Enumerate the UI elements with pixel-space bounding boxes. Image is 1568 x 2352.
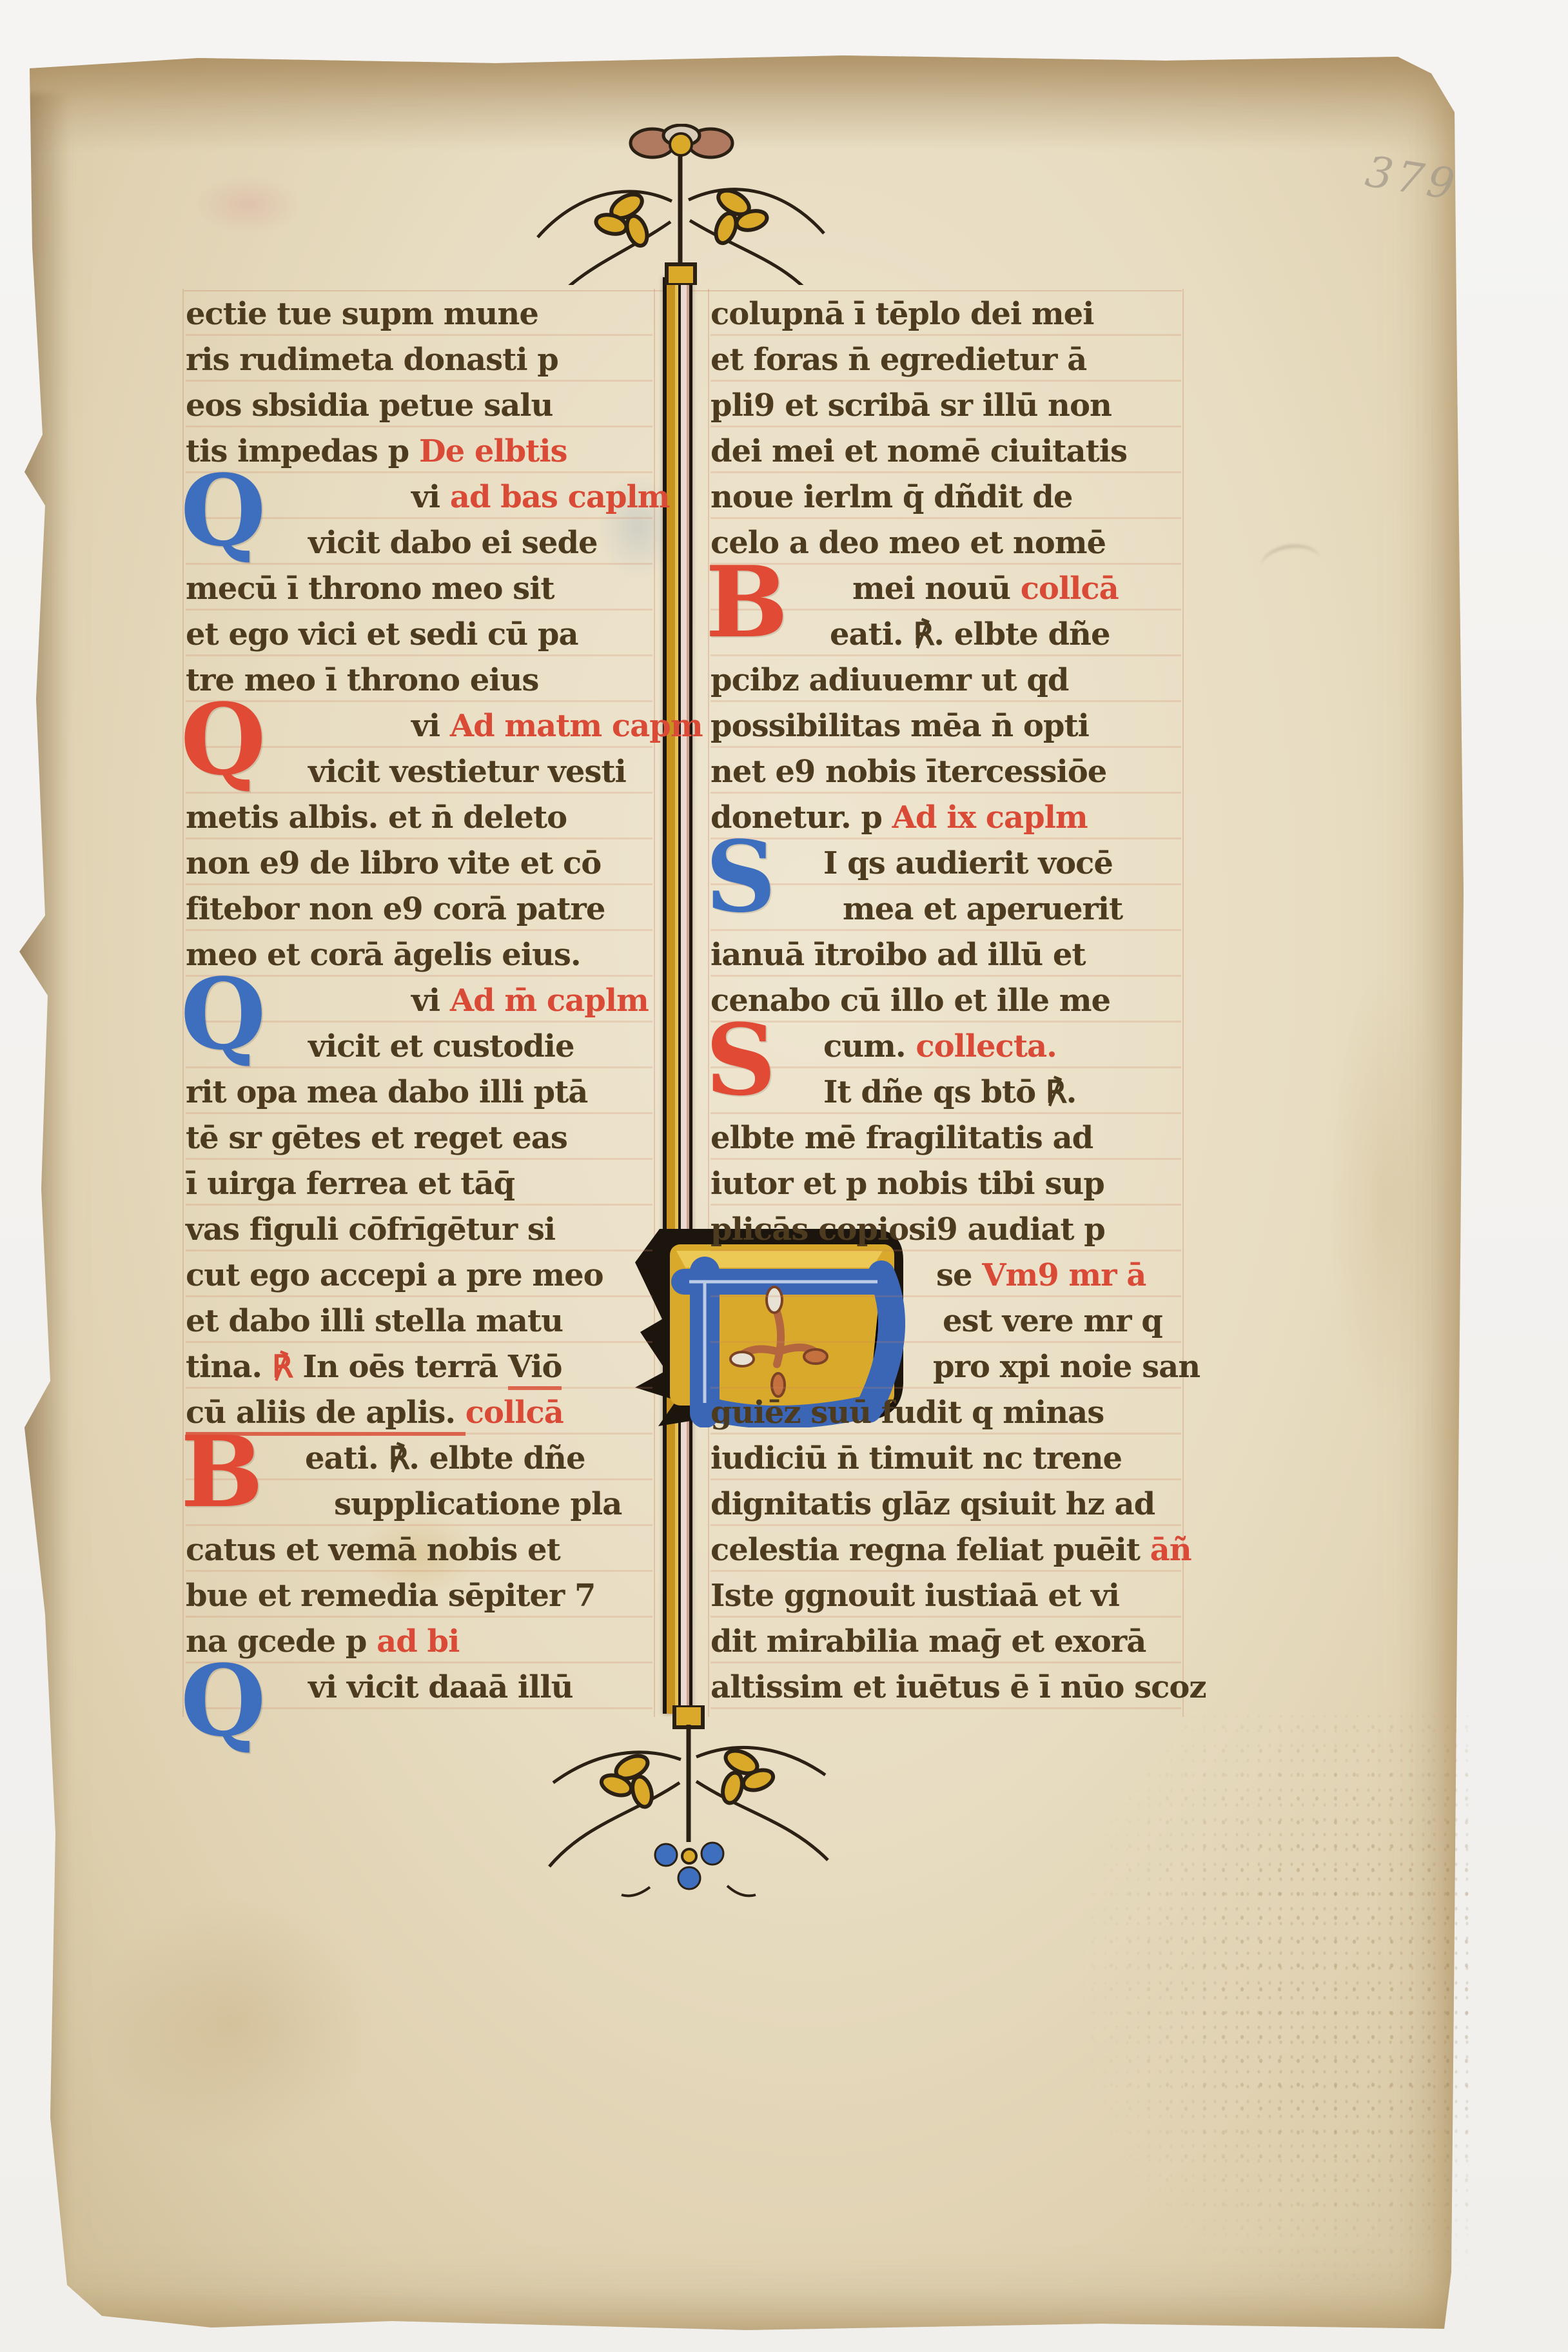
text-run: In oēs terrā [302,1349,507,1385]
text-line: eos sbsidia petue salu [186,383,652,429]
text-run: mea et aperuerit [843,891,1122,927]
text-line: pcibz adiuuemr ut qd [710,658,1181,703]
text-line: iutor et p nobis tibi sup [710,1161,1181,1207]
text-run: vicit vestietur vesti [308,754,626,790]
text-line: ī uirga ferrea et tāq̄ [186,1161,652,1207]
rubric-run: collecta. [916,1028,1056,1064]
gold-trefoil-right [720,1746,776,1805]
text-run: pro xpi noie san [933,1349,1200,1385]
text-line: dignitatis glāz qsiuit hz ad [710,1482,1181,1527]
text-run: mecū ī throno meo sit [186,571,554,607]
text-run: pli9 et scribā sr illū non [710,387,1112,424]
drop-cap-initial-Q: Q [181,969,265,1059]
text-line: et foras n̄ egredietur ā [710,337,1181,383]
drop-cap-initial-Q: Q [181,465,265,556]
text-line: est vere mr q [710,1298,1181,1344]
text-run: vas figuli cōfrīgētur si [186,1211,555,1248]
text-run: dignitatis glāz qsiuit hz ad [710,1486,1155,1522]
text-line: colupnā ī tēplo dei mei [710,291,1181,337]
text-run: iudiciū n̄ timuit nc trene [710,1440,1122,1476]
text-line: net e9 nobis ītercessiōe [710,749,1181,795]
drop-cap-initial-Q: Q [181,1656,265,1746]
rubric-run: ad bas caplm [450,479,670,515]
text-run: vi [411,479,450,515]
text-line: donetur. p Ad ix caplm [710,795,1181,841]
text-line: dit mirabilia maḡ et exorā [710,1619,1181,1665]
rubric-run: Ad ix caplm [892,799,1088,836]
text-run: non e9 de libro vite et cō [186,845,601,881]
text-line: tina. ℟ In oēs terrā Viō [186,1344,652,1390]
text-run: pcibz adiuuemr ut qd [710,662,1068,698]
text-line: ianuā ītroibo ad illū et [710,932,1181,978]
text-line: et dabo illi stella matu [186,1298,652,1344]
drop-cap-initial-S: S [705,1015,776,1105]
text-run: ī uirga ferrea et tāq̄ [186,1166,514,1202]
text-line: rit opa mea dabo illi ptā [186,1070,652,1115]
text-run: ris rudimeta donasti p [186,342,558,378]
rubric-run: Ad matm capm [450,708,703,744]
text-line: fitebor non e9 corā patre [186,887,652,932]
top-flower-finial [529,124,832,285]
text-run: vicit dabo ei sede [308,525,598,561]
text-line: iudiciū n̄ timuit nc trene [710,1436,1181,1482]
text-run: altissim et iuētus ē ī nūo scoz [710,1669,1206,1705]
text-run: est vere mr q [943,1303,1162,1339]
text-run: possibilitas mēa n̄ opti [710,708,1089,744]
text-run: cut ego accepi a pre meo [186,1257,603,1293]
ruling-line-vertical [1182,289,1184,1717]
left-text-column: ectie tue supm muneris rudimeta donasti … [186,291,652,1710]
text-line: elbte mē fragilitatis ad [710,1115,1181,1161]
text-run: supplicatione pla [334,1486,622,1522]
text-run: I qs audierit vocē [823,845,1113,881]
gold-trefoil-left [594,190,651,248]
blue-berry-cluster [655,1843,723,1889]
text-line: vas figuli cōfrīgētur si [186,1207,652,1253]
gold-trefoil-right [712,186,769,246]
text-line: It dñe qs btō ℟. [710,1070,1181,1115]
text-line: cenabo cū illo et ille me [710,978,1181,1024]
text-run: se [936,1257,982,1293]
text-run: eati. ℟. elbte dñe [830,616,1110,652]
text-line: catus et vemā nobis et [186,1527,652,1573]
bar-knob [667,264,695,285]
rubric-run: ℟ [272,1349,303,1385]
text-run: cum. [823,1028,916,1064]
text-line: possibilitas mēa n̄ opti [710,703,1181,749]
rubric-run: Vm9 mr ā [982,1257,1146,1293]
text-line: ris rudimeta donasti p [186,337,652,383]
text-run: catus et vemā nobis et [186,1532,560,1568]
drop-cap-initial-B: B [181,1427,262,1517]
text-line: pli9 et scribā sr illū non [710,383,1181,429]
text-run: tina. [186,1349,272,1385]
text-run: ectie tue supm mune [186,296,538,332]
rubric-run: collcā [1021,571,1119,607]
text-run: rit opa mea dabo illi ptā [186,1074,587,1110]
drop-cap-initial-S: S [705,832,776,922]
text-run: plicās copiosi9 audiat p [710,1211,1105,1248]
text-line: cut ego accepi a pre meo [186,1253,652,1298]
binding-gutter-edge [14,93,70,2298]
drop-cap-initial-Q: Q [181,694,265,785]
flower-head [631,125,732,157]
text-line: I qs audierit vocē [710,841,1181,887]
text-run: tē sr gētes et reget eas [186,1120,567,1156]
bar-knob [674,1705,703,1727]
rubric-run: Ad m̄ caplm [450,983,649,1019]
text-run: net e9 nobis ītercessiōe [710,754,1106,790]
rubric-run: āñ [1150,1532,1191,1568]
right-text-column: colupnā ī tēplo dei meiet foras n̄ egred… [710,291,1181,1710]
text-run: eati. ℟. elbte dñe [305,1440,585,1476]
text-run: guiēz suū fudit q minas [710,1395,1104,1431]
text-run: iutor et p nobis tibi sup [710,1166,1104,1202]
text-line: celestia regna feliat puēit āñ [710,1527,1181,1573]
text-line: altissim et iuētus ē ī nūo scoz [710,1665,1181,1710]
text-line: ectie tue supm mune [186,291,652,337]
text-run: vi vicit daaā illū [308,1669,573,1705]
text-run: vi [411,983,450,1019]
text-line: tē sr gētes et reget eas [186,1115,652,1161]
text-run: mei nouū [852,571,1021,607]
text-line: noue ierlm q̄ dñdit de [710,475,1181,520]
text-run: vi [411,708,450,744]
text-line: et ego vici et sedi cū pa [186,612,652,658]
text-run: It dñe qs btō ℟. [823,1074,1076,1110]
text-line: mea et aperuerit [710,887,1181,932]
text-line: se Vm9 mr ā [710,1253,1181,1298]
gold-trefoil-left [599,1751,655,1808]
text-run: noue ierlm q̄ dñdit de [710,479,1072,515]
text-line: plicās copiosi9 audiat p [710,1207,1181,1253]
text-run: Viō [508,1349,562,1390]
text-line: mecū ī throno meo sit [186,566,652,612]
text-line: bue et remedia sēpiter 7 [186,1573,652,1619]
text-run: fitebor non e9 corā patre [186,891,605,927]
text-run: et foras n̄ egredietur ā [710,342,1086,378]
text-run: ianuā ītroibo ad illū et [710,937,1086,973]
text-run: vicit et custodie [308,1028,574,1064]
text-run: elbte mē fragilitatis ad [710,1120,1093,1156]
text-run: dit mirabilia maḡ et exorā [710,1623,1146,1660]
bottom-flower-finial [534,1705,843,1905]
text-run: metis albis. et n̄ deleto [186,799,567,836]
text-line: cum. collecta. [710,1024,1181,1070]
text-run: colupnā ī tēplo dei mei [710,296,1093,332]
text-run: dei mei et nomē ciuitatis [710,433,1127,469]
text-line: guiēz suū fudit q minas [710,1390,1181,1436]
text-run: et dabo illi stella matu [186,1303,563,1339]
text-line: Iste ggnouit iustiaā et vi [710,1573,1181,1619]
text-line: non e9 de libro vite et cō [186,841,652,887]
drop-cap-initial-B: B [705,557,787,647]
text-line: metis albis. et n̄ deleto [186,795,652,841]
rubric-run: collcā [465,1395,563,1431]
text-run: Iste ggnouit iustiaā et vi [710,1578,1119,1614]
text-run: eos sbsidia petue salu [186,387,553,424]
photo-backdrop: ectie tue supm muneris rudimeta donasti … [0,0,1568,2352]
text-run: celestia regna feliat puēit [710,1532,1150,1568]
text-line: dei mei et nomē ciuitatis [710,429,1181,475]
rubric-run: De elbtis [419,433,567,469]
text-run: bue et remedia sēpiter 7 [186,1578,595,1614]
text-line: pro xpi noie san [710,1344,1181,1390]
text-run: et ego vici et sedi cū pa [186,616,578,652]
rubric-run: ad bi [377,1623,459,1660]
